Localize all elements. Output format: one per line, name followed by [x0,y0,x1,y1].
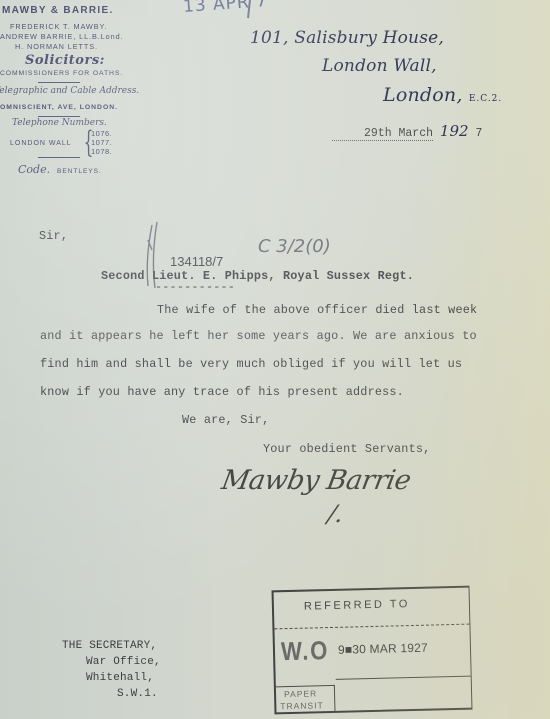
divider [38,116,80,117]
postcode: E.C.2. [469,94,502,104]
stamp-date: 9■30 MAR 1927 [338,641,428,657]
stamp-label-paper: PAPER [284,688,317,699]
divider [38,157,80,158]
commissioners-line: COMMISSIONERS FOR OATHS. [0,70,123,77]
recipient-line: S.W.1. [117,688,158,700]
telegraphic-address: OMNISCIENT, AVE, LONDON. [0,104,118,111]
recipient-line: War Office, [86,656,161,668]
referred-to-stamp: REFERRED TO W.O 9■30 MAR 1927 PAPER TRAN… [272,586,473,715]
letter-page: 13 APR 7 MAWBY & BARRIE. FREDERICK T. MA… [0,0,550,719]
reference-number: 134118/7 [170,254,223,269]
stamp-label-transit: TRANSIT [280,700,324,711]
body-line: know if you have any trace of his presen… [40,385,404,399]
partner-name: ANDREW BARRIE, LL.B.Lond. [0,32,123,41]
divider [38,82,80,83]
letter-date: 29th March 192 7 [332,122,482,141]
pencil-code: C 3/2(0) [258,236,331,257]
firm-name: MAWBY & BARRIE. [0,5,132,16]
partner-name: H. NORMAN LETTS. [15,42,98,51]
stamp-divider [274,624,469,630]
body-line: find him and shall be very much obliged … [40,357,462,371]
signature: Mawby Barrie [219,465,413,496]
date-year-prefix: 192 [440,122,469,140]
closing: We are, Sir, [182,413,269,427]
letter-subject: Second Lieut. E. Phipps, Royal Sussex Re… [101,269,414,283]
telephone-number: 1077. [91,138,112,147]
telephone-exchange: LONDON WALL [10,140,72,147]
body-line: The wife of the above officer died last … [157,303,477,317]
subject-underline: ----------- [155,280,235,294]
stamp-divider [336,676,471,680]
date-day-month: 29th March [332,127,433,141]
valediction: Your obedient Servants, [263,442,430,456]
code-label: Code. [18,163,50,176]
city: London, [383,84,463,106]
stamp-office: W.O [281,635,330,667]
profession-heading: Solicitors: [25,53,105,68]
body-line: and it appears he left her some years ag… [40,329,477,343]
code-value: BENTLEYS. [57,168,102,175]
address-line-1: 101, Salisbury House, [250,28,444,48]
address-line-3: London, E.C.2. [383,84,502,106]
telephone-numbers: 1076. 1077. 1078. [91,129,112,156]
date-year-suffix: 7 [475,127,482,140]
recipient-line: Whitehall, [86,672,154,684]
address-line-2: London Wall, [322,56,437,76]
pencil-annotation-top: 13 APR 7 [182,0,268,17]
telegraphic-label: Telegraphic and Cable Address. [0,86,139,96]
recipient-line: THE SECRETARY, [62,640,157,652]
telephone-number: 1078. [91,147,112,156]
stamp-box: PAPER TRANSIT [276,685,336,713]
signature-mark: /. [326,500,346,528]
partner-name: FREDERICK T. MAWBY. [10,22,107,31]
stamp-title: REFERRED TO [304,598,410,613]
salutation: Sir, [39,229,68,243]
telephone-number: 1076. [91,129,112,138]
